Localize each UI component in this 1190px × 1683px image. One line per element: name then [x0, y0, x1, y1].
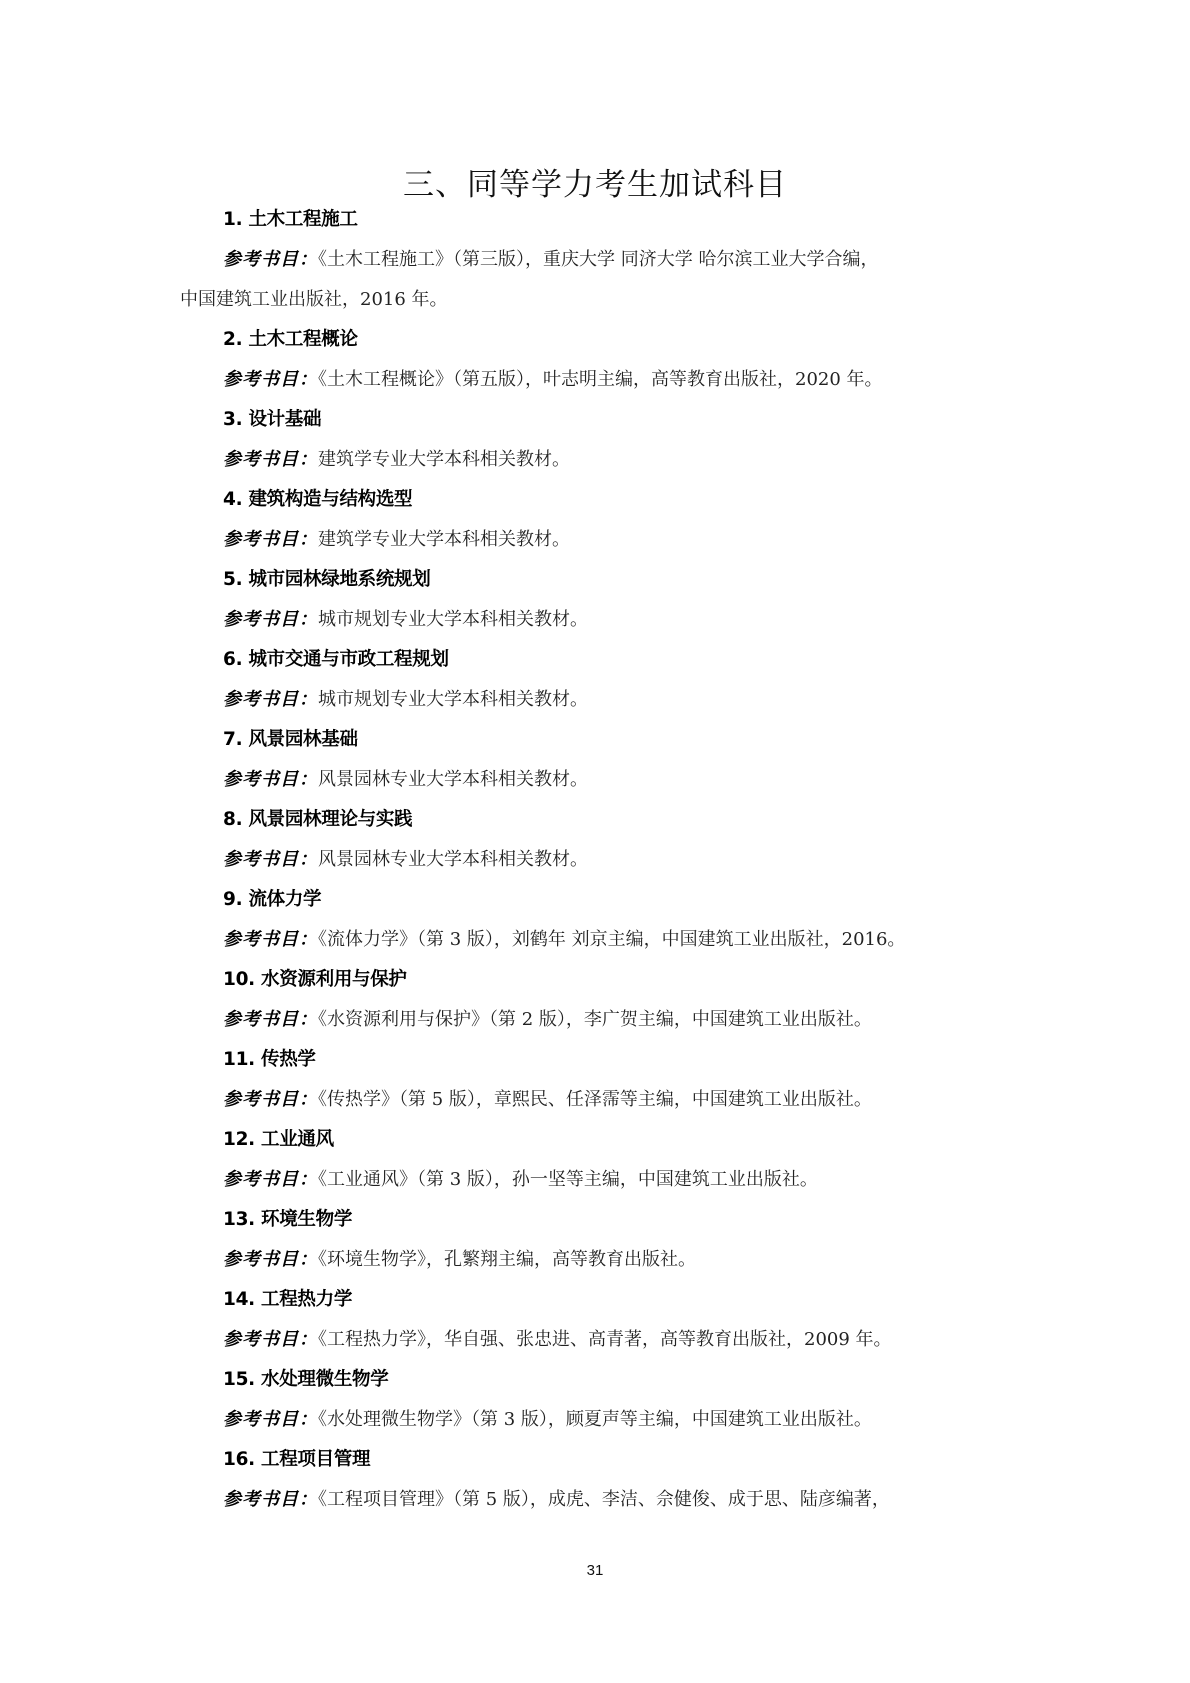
reference-label: 参考书目： [223, 609, 318, 630]
list-item: 11. 传热学 参考书目：《传热学》（第 5 版），章熙民、任泽霈等主编，中国建… [180, 1040, 1020, 1120]
reference-label: 参考书目： [223, 1329, 318, 1350]
reference-line: 参考书目：风景园林专业大学本科相关教材。 [180, 840, 1020, 880]
list-item: 9. 流体力学 参考书目：《流体力学》（第 3 版），刘鹤年 刘京主编，中国建筑… [180, 880, 1020, 960]
subject-heading: 12. 工业通风 [180, 1120, 1020, 1160]
reference-text: 《流体力学》（第 3 版），刘鹤年 刘京主编，中国建筑工业出版社，2016。 [318, 929, 905, 950]
page-title: 三、同等学力考生加试科目 [0, 159, 1190, 204]
list-item: 14. 工程热力学 参考书目：《工程热力学》，华自强、张忠进、高青著，高等教育出… [180, 1280, 1020, 1360]
list-item: 8. 风景园林理论与实践 参考书目：风景园林专业大学本科相关教材。 [180, 800, 1020, 880]
subject-heading: 2. 土木工程概论 [180, 320, 1020, 360]
list-item: 4. 建筑构造与结构选型 参考书目：建筑学专业大学本科相关教材。 [180, 480, 1020, 560]
list-item: 2. 土木工程概论 参考书目：《土木工程概论》（第五版），叶志明主编，高等教育出… [180, 320, 1020, 400]
reference-line: 参考书目：城市规划专业大学本科相关教材。 [180, 680, 1020, 720]
reference-label: 参考书目： [223, 249, 318, 270]
reference-text: 《环境生物学》，孔繁翔主编，高等教育出版社。 [318, 1249, 696, 1270]
reference-label: 参考书目： [223, 1489, 318, 1510]
subject-heading: 1. 土木工程施工 [180, 200, 1020, 240]
list-item: 5. 城市园林绿地系统规划 参考书目：城市规划专业大学本科相关教材。 [180, 560, 1020, 640]
reference-text: 《土木工程施工》（第三版），重庆大学 同济大学 哈尔滨工业大学合编， [318, 249, 878, 270]
reference-label: 参考书目： [223, 849, 318, 870]
page-number: 31 [0, 1562, 1190, 1579]
reference-text: 风景园林专业大学本科相关教材。 [318, 849, 588, 870]
list-item: 15. 水处理微生物学 参考书目：《水处理微生物学》（第 3 版），顾夏声等主编… [180, 1360, 1020, 1440]
reference-label: 参考书目： [223, 529, 318, 550]
reference-line: 参考书目：《流体力学》（第 3 版），刘鹤年 刘京主编，中国建筑工业出版社，20… [180, 920, 1020, 960]
reference-text: 城市规划专业大学本科相关教材。 [318, 609, 588, 630]
reference-text: 《工程项目管理》（第 5 版），成虎、李洁、佘健俊、成于思、陆彦编著， [318, 1489, 890, 1510]
reference-text: 建筑学专业大学本科相关教材。 [318, 529, 570, 550]
list-item: 10. 水资源利用与保护 参考书目：《水资源利用与保护》（第 2 版），李广贺主… [180, 960, 1020, 1040]
reference-text: 《工业通风》（第 3 版），孙一坚等主编，中国建筑工业出版社。 [318, 1169, 818, 1190]
subject-heading: 9. 流体力学 [180, 880, 1020, 920]
reference-label: 参考书目： [223, 1089, 318, 1110]
reference-label: 参考书目： [223, 449, 318, 470]
reference-label: 参考书目： [223, 929, 318, 950]
reference-line: 参考书目：建筑学专业大学本科相关教材。 [180, 520, 1020, 560]
reference-line: 参考书目：城市规划专业大学本科相关教材。 [180, 600, 1020, 640]
reference-line: 参考书目：风景园林专业大学本科相关教材。 [180, 760, 1020, 800]
reference-text: 风景园林专业大学本科相关教材。 [318, 769, 588, 790]
reference-continuation: 中国建筑工业出版社，2016 年。 [180, 280, 1020, 320]
reference-line: 参考书目：《水资源利用与保护》（第 2 版），李广贺主编，中国建筑工业出版社。 [180, 1000, 1020, 1040]
reference-label: 参考书目： [223, 689, 318, 710]
subject-heading: 15. 水处理微生物学 [180, 1360, 1020, 1400]
reference-label: 参考书目： [223, 1009, 318, 1030]
list-item: 7. 风景园林基础 参考书目：风景园林专业大学本科相关教材。 [180, 720, 1020, 800]
list-item: 3. 设计基础 参考书目：建筑学专业大学本科相关教材。 [180, 400, 1020, 480]
subject-heading: 3. 设计基础 [180, 400, 1020, 440]
subject-heading: 16. 工程项目管理 [180, 1440, 1020, 1480]
subject-list: 1. 土木工程施工 参考书目：《土木工程施工》（第三版），重庆大学 同济大学 哈… [180, 200, 1020, 1520]
reference-text: 《土木工程概论》（第五版），叶志明主编，高等教育出版社，2020 年。 [318, 369, 883, 390]
reference-text: 建筑学专业大学本科相关教材。 [318, 449, 570, 470]
list-item: 1. 土木工程施工 参考书目：《土木工程施工》（第三版），重庆大学 同济大学 哈… [180, 200, 1020, 320]
subject-heading: 6. 城市交通与市政工程规划 [180, 640, 1020, 680]
reference-line: 参考书目：《工程项目管理》（第 5 版），成虎、李洁、佘健俊、成于思、陆彦编著， [180, 1480, 1020, 1520]
reference-text: 《工程热力学》，华自强、张忠进、高青著，高等教育出版社，2009 年。 [318, 1329, 892, 1350]
subject-heading: 13. 环境生物学 [180, 1200, 1020, 1240]
reference-line: 参考书目：建筑学专业大学本科相关教材。 [180, 440, 1020, 480]
reference-line: 参考书目：《水处理微生物学》（第 3 版），顾夏声等主编，中国建筑工业出版社。 [180, 1400, 1020, 1440]
list-item: 12. 工业通风 参考书目：《工业通风》（第 3 版），孙一坚等主编，中国建筑工… [180, 1120, 1020, 1200]
reference-text: 《水处理微生物学》（第 3 版），顾夏声等主编，中国建筑工业出版社。 [318, 1409, 872, 1430]
list-item: 13. 环境生物学 参考书目：《环境生物学》，孔繁翔主编，高等教育出版社。 [180, 1200, 1020, 1280]
subject-heading: 8. 风景园林理论与实践 [180, 800, 1020, 840]
list-item: 6. 城市交通与市政工程规划 参考书目：城市规划专业大学本科相关教材。 [180, 640, 1020, 720]
subject-heading: 11. 传热学 [180, 1040, 1020, 1080]
reference-label: 参考书目： [223, 769, 318, 790]
reference-line: 参考书目：《土木工程施工》（第三版），重庆大学 同济大学 哈尔滨工业大学合编， [180, 240, 1020, 280]
subject-heading: 10. 水资源利用与保护 [180, 960, 1020, 1000]
subject-heading: 7. 风景园林基础 [180, 720, 1020, 760]
reference-text: 《水资源利用与保护》（第 2 版），李广贺主编，中国建筑工业出版社。 [318, 1009, 872, 1030]
subject-heading: 5. 城市园林绿地系统规划 [180, 560, 1020, 600]
subject-heading: 4. 建筑构造与结构选型 [180, 480, 1020, 520]
reference-label: 参考书目： [223, 369, 318, 390]
reference-line: 参考书目：《传热学》（第 5 版），章熙民、任泽霈等主编，中国建筑工业出版社。 [180, 1080, 1020, 1120]
list-item: 16. 工程项目管理 参考书目：《工程项目管理》（第 5 版），成虎、李洁、佘健… [180, 1440, 1020, 1520]
reference-line: 参考书目：《工业通风》（第 3 版），孙一坚等主编，中国建筑工业出版社。 [180, 1160, 1020, 1200]
reference-label: 参考书目： [223, 1409, 318, 1430]
reference-text: 城市规划专业大学本科相关教材。 [318, 689, 588, 710]
reference-text: 《传热学》（第 5 版），章熙民、任泽霈等主编，中国建筑工业出版社。 [318, 1089, 872, 1110]
subject-heading: 14. 工程热力学 [180, 1280, 1020, 1320]
reference-line: 参考书目：《工程热力学》，华自强、张忠进、高青著，高等教育出版社，2009 年。 [180, 1320, 1020, 1360]
reference-line: 参考书目：《土木工程概论》（第五版），叶志明主编，高等教育出版社，2020 年。 [180, 360, 1020, 400]
reference-label: 参考书目： [223, 1249, 318, 1270]
reference-label: 参考书目： [223, 1169, 318, 1190]
reference-line: 参考书目：《环境生物学》，孔繁翔主编，高等教育出版社。 [180, 1240, 1020, 1280]
